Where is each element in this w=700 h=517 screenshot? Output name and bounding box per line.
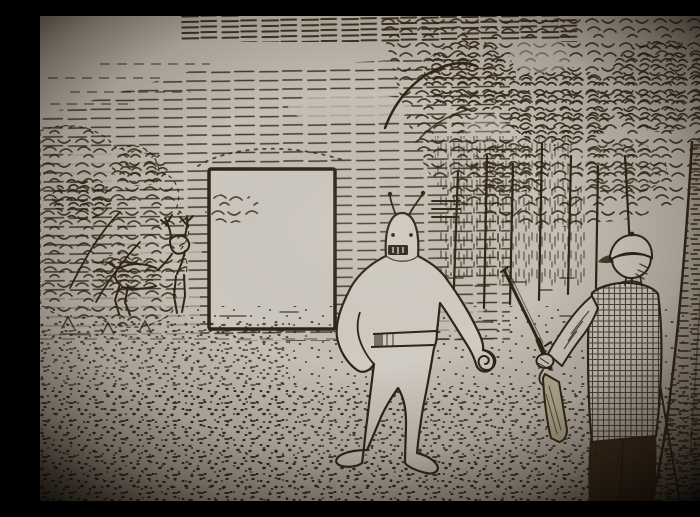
sketch-canvas [40, 16, 700, 501]
vignette-overlay [40, 16, 700, 501]
cartoon-illustration [40, 16, 700, 501]
